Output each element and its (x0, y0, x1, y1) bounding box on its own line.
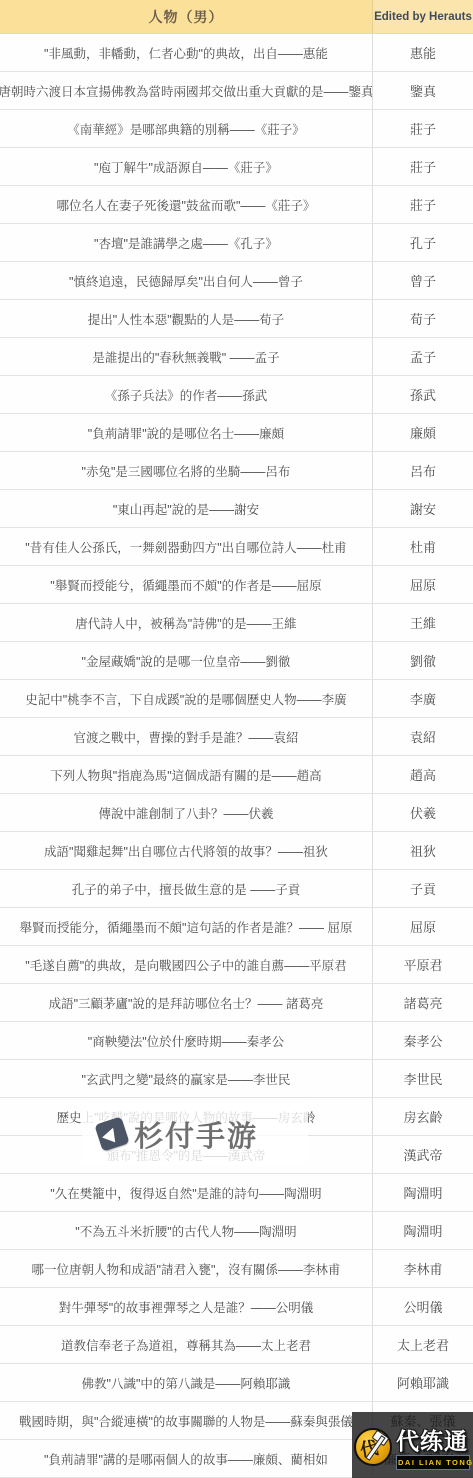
watermark-cn-text: 代练通 (396, 1423, 468, 1456)
header-title: 人物（男） (0, 0, 373, 33)
answer-cell: 祖狄 (373, 832, 473, 869)
answer-cell: 莊子 (373, 186, 473, 223)
answer-cell: 莊子 (373, 148, 473, 185)
table-row: "商鞅變法"位於什麼時期——秦孝公秦孝公 (0, 1022, 473, 1060)
answer-cell: 漢武帝 (373, 1136, 473, 1173)
table-row: 成語"三顧茅廬"說的是拜訪哪位名士？—— 諸葛亮諸葛亮 (0, 984, 473, 1022)
table-row: "非風動，非幡動，仁者心動"的典故，出自——惠能惠能 (0, 34, 473, 72)
answer-cell: 鑒真 (373, 72, 473, 109)
table-row: 《孫子兵法》的作者——孫武孫武 (0, 376, 473, 414)
answer-cell: 阿賴耶識 (373, 1364, 473, 1401)
answer-cell: 李世民 (373, 1060, 473, 1097)
question-cell: "昔有佳人公孫氏，一舞劍器動四方"出自哪位詩人——杜甫 (0, 528, 373, 565)
table-row: 孔子的弟子中，擅長做生意的是 ——子貢子貢 (0, 870, 473, 908)
question-cell: 哪一位唐朝人物和成語"請君入甕"，沒有關係——李林甫 (0, 1250, 373, 1287)
table-row: "慎終追遠，民德歸厚矣"出自何人——曾子曾子 (0, 262, 473, 300)
question-cell: 唐朝時六渡日本宣揚佛教為當時兩國邦交做出重大貢獻的是——鑒真 (0, 72, 373, 109)
answer-cell: 孔子 (373, 224, 473, 261)
answer-cell: 房玄齡 (373, 1098, 473, 1135)
question-cell: 道教信奉老子為道祖，尊稱其為——太上老君 (0, 1326, 373, 1363)
answer-cell: 陶淵明 (373, 1174, 473, 1211)
answer-cell: 曾子 (373, 262, 473, 299)
question-cell: "負荊請罪"講的是哪兩個人的故事——廉頗、藺相如 (0, 1440, 373, 1477)
question-cell: 《南華經》是哪部典籍的別稱——《莊子》 (0, 110, 373, 147)
answer-cell: 陶淵明 (373, 1212, 473, 1249)
answer-cell: 孟子 (373, 338, 473, 375)
arrow-glyph (102, 1125, 120, 1142)
answer-cell: 伏羲 (373, 794, 473, 831)
table-row: 佛教"八識"中的第八識是——阿賴耶識阿賴耶識 (0, 1364, 473, 1402)
table-row: "昔有佳人公孫氏，一舞劍器動四方"出自哪位詩人——杜甫杜甫 (0, 528, 473, 566)
table-row: "庖丁解牛"成語源自——《莊子》莊子 (0, 148, 473, 186)
answer-cell: 太上老君 (373, 1326, 473, 1363)
table-row: "負荊請罪"說的是哪位名士——廉頗廉頗 (0, 414, 473, 452)
table-row: 史記中"桃李不言，下自成蹊"說的是哪個歷史人物——李廣李廣 (0, 680, 473, 718)
answer-cell: 屈原 (373, 908, 473, 945)
question-cell: 下列人物與"指鹿為馬"這個成語有關的是——趙高 (0, 756, 373, 793)
table-row: "赤兔"是三國哪位名將的坐騎——呂布呂布 (0, 452, 473, 490)
answer-cell: 荀子 (373, 300, 473, 337)
answer-cell: 王維 (373, 604, 473, 641)
table-row: 下列人物與"指鹿為馬"這個成語有關的是——趙高趙高 (0, 756, 473, 794)
table-row: 提出"人性本惡"觀點的人是——荀子荀子 (0, 300, 473, 338)
question-cell: "慎終追遠，民德歸厚矣"出自何人——曾子 (0, 262, 373, 299)
question-cell: 哪位名人在妻子死後還"鼓盆而歌"——《莊子》 (0, 186, 373, 223)
answer-cell: 趙高 (373, 756, 473, 793)
cursor-logo-icon (94, 1116, 129, 1151)
answer-cell: 謝安 (373, 490, 473, 527)
answer-cell: 惠能 (373, 34, 473, 71)
answer-cell: 杜甫 (373, 528, 473, 565)
question-cell: 唐代詩人中，被稱為"詩佛"的是——王維 (0, 604, 373, 641)
question-cell: "不為五斗米折腰"的古代人物——陶淵明 (0, 1212, 373, 1249)
table-row: 哪一位唐朝人物和成語"請君入甕"，沒有關係——李林甫李林甫 (0, 1250, 473, 1288)
table-row: 成語"聞雞起舞"出自哪位古代將領的故事？——祖狄祖狄 (0, 832, 473, 870)
question-cell: "金屋藏嬌"說的是哪一位皇帝——劉徹 (0, 642, 373, 679)
quiz-answer-table-page: 人物（男） Edited by Herauts "非風動，非幡動，仁者心動"的典… (0, 0, 473, 1478)
table-row: 《南華經》是哪部典籍的別稱——《莊子》莊子 (0, 110, 473, 148)
answer-cell: 廉頗 (373, 414, 473, 451)
question-cell: 舉賢而授能分，循繩墨而不頗"這句話的作者是誰？—— 屈原 (0, 908, 373, 945)
answer-cell: 李廣 (373, 680, 473, 717)
answer-cell: 莊子 (373, 110, 473, 147)
table-row: 對牛彈琴"的故事裡彈琴之人是誰？——公明儀公明儀 (0, 1288, 473, 1326)
question-cell: 提出"人性本惡"觀點的人是——荀子 (0, 300, 373, 337)
dailiantong-coin-icon: 代 (354, 1428, 392, 1466)
table-row: 哪位名人在妻子死後還"鼓盆而歌"——《莊子》莊子 (0, 186, 473, 224)
table-row: "金屋藏嬌"說的是哪一位皇帝——劉徹劉徹 (0, 642, 473, 680)
question-cell: 《孫子兵法》的作者——孫武 (0, 376, 373, 413)
table-row: "不為五斗米折腰"的古代人物——陶淵明陶淵明 (0, 1212, 473, 1250)
table-row: "東山再起"說的是——謝安謝安 (0, 490, 473, 528)
question-cell: "非風動，非幡動，仁者心動"的典故，出自——惠能 (0, 34, 373, 71)
watermark-en-text: DAI LIAN TONG (396, 1455, 470, 1470)
answer-cell: 秦孝公 (373, 1022, 473, 1059)
answer-cell: 孫武 (373, 376, 473, 413)
table-row: 唐代詩人中，被稱為"詩佛"的是——王維王維 (0, 604, 473, 642)
table-row: 唐朝時六渡日本宣揚佛教為當時兩國邦交做出重大貢獻的是——鑒真鑒真 (0, 72, 473, 110)
question-cell: 是誰提出的"春秋無義戰" ——孟子 (0, 338, 373, 375)
question-cell: "毛遂自薦"的典故，是向戰國四公子中的誰自薦——平原君 (0, 946, 373, 983)
question-cell: 成語"聞雞起舞"出自哪位古代將領的故事？——祖狄 (0, 832, 373, 869)
question-cell: 孔子的弟子中，擅長做生意的是 ——子貢 (0, 870, 373, 907)
table-row: 官渡之戰中，曹操的對手是誰？——袁紹袁紹 (0, 718, 473, 756)
table-row: "舉賢而授能兮，循繩墨而不頗"的作者是——屈原屈原 (0, 566, 473, 604)
question-cell: 史記中"桃李不言，下自成蹊"說的是哪個歷史人物——李廣 (0, 680, 373, 717)
watermark-shanfu-shouyou: 杉付手游 (82, 1103, 308, 1165)
answer-cell: 公明儀 (373, 1288, 473, 1325)
question-cell: "赤兔"是三國哪位名將的坐騎——呂布 (0, 452, 373, 489)
table-row: "久在樊籠中，復得返自然"是誰的詩句——陶淵明陶淵明 (0, 1174, 473, 1212)
question-cell: "負荊請罪"說的是哪位名士——廉頗 (0, 414, 373, 451)
answer-cell: 平原君 (373, 946, 473, 983)
question-cell: 戰國時期，與"合縱連橫"的故事關聯的人物是——蘇秦與張儀 (0, 1402, 373, 1439)
question-cell: 佛教"八識"中的第八識是——阿賴耶識 (0, 1364, 373, 1401)
watermark-dailiantong: 代 代练通 DAI LIAN TONG (352, 1412, 473, 1478)
table-row: 舉賢而授能分，循繩墨而不頗"這句話的作者是誰？—— 屈原屈原 (0, 908, 473, 946)
question-cell: 官渡之戰中，曹操的對手是誰？——袁紹 (0, 718, 373, 755)
table-row: 傳說中誰創制了八卦？——伏羲伏羲 (0, 794, 473, 832)
watermark-shanfu-text: 杉付手游 (134, 1114, 258, 1155)
table-row: 道教信奉老子為道祖，尊稱其為——太上老君太上老君 (0, 1326, 473, 1364)
answer-cell: 子貢 (373, 870, 473, 907)
answer-cell: 呂布 (373, 452, 473, 489)
question-cell: "久在樊籠中，復得返自然"是誰的詩句——陶淵明 (0, 1174, 373, 1211)
answer-cell: 袁紹 (373, 718, 473, 755)
question-cell: "玄武門之變"最終的贏家是——李世民 (0, 1060, 373, 1097)
table-row: 是誰提出的"春秋無義戰" ——孟子孟子 (0, 338, 473, 376)
header-credit: Edited by Herauts (373, 0, 473, 33)
question-cell: 成語"三顧茅廬"說的是拜訪哪位名士？—— 諸葛亮 (0, 984, 373, 1021)
answer-cell: 李林甫 (373, 1250, 473, 1287)
question-cell: "東山再起"說的是——謝安 (0, 490, 373, 527)
answer-cell: 劉徹 (373, 642, 473, 679)
table-row: "毛遂自薦"的典故，是向戰國四公子中的誰自薦——平原君平原君 (0, 946, 473, 984)
question-cell: 對牛彈琴"的故事裡彈琴之人是誰？——公明儀 (0, 1288, 373, 1325)
question-cell: "杏壇"是誰講學之處——《孔子》 (0, 224, 373, 261)
question-cell: 傳說中誰創制了八卦？——伏羲 (0, 794, 373, 831)
table-body: "非風動，非幡動，仁者心動"的典故，出自——惠能惠能唐朝時六渡日本宣揚佛教為當時… (0, 34, 473, 1478)
table-row: "杏壇"是誰講學之處——《孔子》孔子 (0, 224, 473, 262)
answer-cell: 屈原 (373, 566, 473, 603)
question-cell: "庖丁解牛"成語源自——《莊子》 (0, 148, 373, 185)
question-cell: "商鞅變法"位於什麼時期——秦孝公 (0, 1022, 373, 1059)
table-row: "玄武門之變"最終的贏家是——李世民李世民 (0, 1060, 473, 1098)
table-header: 人物（男） Edited by Herauts (0, 0, 473, 34)
question-cell: "舉賢而授能兮，循繩墨而不頗"的作者是——屈原 (0, 566, 373, 603)
answer-cell: 諸葛亮 (373, 984, 473, 1021)
